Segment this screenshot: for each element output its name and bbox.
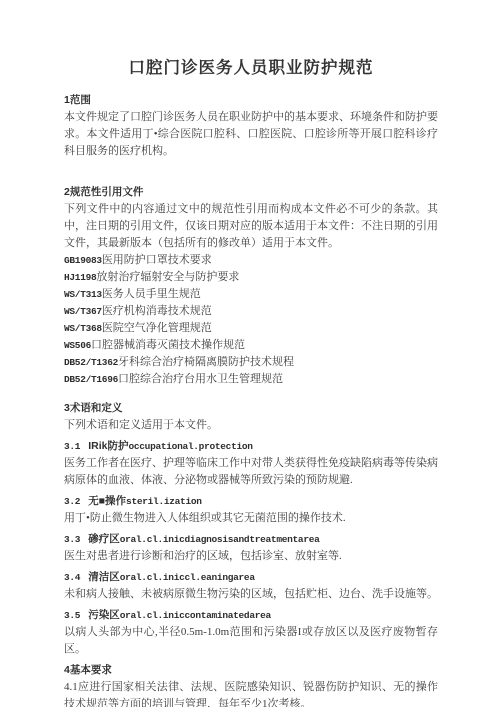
section-terms: 3术语和定义 下列术语和定义适用于本文件。 3.1IRik防护occupatio… [64, 400, 438, 658]
term-name-en: steril.ization [126, 496, 202, 507]
reference-item: GB19083医用防护口罩技术要求 [64, 252, 438, 269]
document-page: 口腔门诊医务人员职业防护规范 1范围 本文件规定了口腔门诊医务人员在职业防护中的… [0, 0, 500, 707]
term-name-zh: 污染区 [88, 609, 120, 621]
terms-intro: 下列术语和定义适用于本文件。 [64, 417, 438, 434]
term-heading: 3.2无■操作steril.ization [64, 493, 438, 510]
term-number: 3.5 [64, 610, 80, 621]
reference-code: DB52/T1362 [64, 357, 118, 368]
reference-code: WS/T367 [64, 306, 102, 317]
scope-paragraph: 本文件规定了口腔门诊医务人员在职业防护中的基本要求、环境条件和防护要求。本文件适… [64, 109, 438, 160]
term-definition: 未和病人接触、未被病原微生物污染的区域，包括贮柜、边台、洗手设施等。 [64, 586, 438, 603]
section-basic-requirements: 4基本要求 4.1应进行国家相关法律、法规、医院感染知识、锐器伤防护知识、无的操… [64, 662, 438, 707]
term-item: 3.4清洁区oral.cl.iniccl.eaningarea 未和病人接触、未… [64, 569, 438, 603]
reference-code: HJ1198 [64, 272, 96, 283]
reference-code: GB19083 [64, 255, 102, 266]
term-item: 3.3碜疗区oral.cl.inicdiagnosisandtreatmenta… [64, 531, 438, 565]
term-definition: 医生对患者进行诊断和治疗的区域，包括诊室、放射室等. [64, 548, 438, 565]
reference-item: WS/T313医务人员手里生规范 [64, 286, 438, 303]
reference-item: WS506口腔器械消毒灭菌技术操作规范 [64, 337, 438, 354]
reference-title: 医疗机构消毒技术规范 [102, 305, 212, 317]
reference-item: DB52/T1696口腔综合治疗台用水卫生管理规范 [64, 371, 438, 388]
term-name-en: oral.cl.iniccl.eaningarea [120, 572, 255, 583]
term-name-en: oral.cl.iniccontaminatedarea [120, 610, 271, 621]
term-number: 3.2 [64, 496, 80, 507]
reference-item: WS/T368医院空气净化管理规范 [64, 320, 438, 337]
term-name-zh: 清洁区 [88, 571, 120, 583]
reference-code: WS/T368 [64, 323, 102, 334]
scope-heading: 1范围 [64, 92, 438, 109]
term-definition: 用丁•防止微生物进入人体组织或其它无菌范围的操作技术. [64, 510, 438, 527]
term-name-zh: IRik防护 [88, 440, 128, 452]
term-name-en: occupational.protection [128, 441, 252, 452]
section-scope: 1范围 本文件规定了口腔门诊医务人员在职业防护中的基本要求、环境条件和防护要求。… [64, 92, 438, 160]
document-title: 口腔门诊医务人员职业防护规范 [64, 54, 438, 78]
term-name-en: oral.cl.inicdiagnosisandtreatmentarea [120, 534, 320, 545]
term-name-zh: 无■操作 [88, 495, 126, 507]
reference-code: WS/T313 [64, 289, 102, 300]
reference-code: DB52/T1696 [64, 374, 118, 385]
term-definition: 医务工作者在医疗、护理等临床工作中对带人类获得性免疫缺陷病毒等传染病病原体的血液… [64, 455, 438, 489]
term-definition: 以病人头部为中心,半径0.5m-1.0m范围和污染器I或存放区以及医疗废物暂存区… [64, 624, 438, 658]
reference-title: 牙科综合治疗椅隔离膜防护技术规程 [118, 356, 294, 368]
reference-item: WS/T367医疗机构消毒技术规范 [64, 303, 438, 320]
basic-heading: 4基本要求 [64, 662, 438, 679]
term-number: 3.3 [64, 534, 80, 545]
reference-title: 医务人员手里生规范 [102, 288, 201, 300]
term-number: 3.4 [64, 572, 80, 583]
basic-paragraph: 4.1应进行国家相关法律、法规、医院感染知识、锐器伤防护知识、无的操作技术规范等… [64, 679, 438, 707]
reference-title: 放射治疗辐射安全与防护要求 [96, 271, 239, 283]
section-references: 2规范性引用文件 下列文件中的内容通过文中的规范性引用而构成本文件必不可少的条款… [64, 184, 438, 388]
reference-item: HJ1198放射治疗辐射安全与防护要求 [64, 269, 438, 286]
term-heading: 3.4清洁区oral.cl.iniccl.eaningarea [64, 569, 438, 586]
term-heading: 3.1IRik防护occupational.protection [64, 438, 438, 455]
references-heading: 2规范性引用文件 [64, 184, 438, 201]
term-item: 3.1IRik防护occupational.protection 医务工作者在医… [64, 438, 438, 489]
reference-list: GB19083医用防护口罩技术要求 HJ1198放射治疗辐射安全与防护要求 WS… [64, 252, 438, 388]
term-heading: 3.5污染区oral.cl.iniccontaminatedarea [64, 607, 438, 624]
term-name-zh: 碜疗区 [88, 533, 120, 545]
term-number: 3.1 [64, 441, 80, 452]
term-item: 3.2无■操作steril.ization 用丁•防止微生物进入人体组织或其它无… [64, 493, 438, 527]
reference-title: 口腔器械消毒灭菌技术操作规范 [91, 339, 245, 351]
reference-code: WS506 [64, 340, 91, 351]
reference-item: DB52/T1362牙科综合治疗椅隔离膜防护技术规程 [64, 354, 438, 371]
reference-title: 医院空气净化管理规范 [102, 322, 212, 334]
terms-heading: 3术语和定义 [64, 400, 438, 417]
references-intro: 下列文件中的内容通过文中的规范性引用而构成本文件必不可少的条款。其中，注日期的引… [64, 201, 438, 252]
term-item: 3.5污染区oral.cl.iniccontaminatedarea 以病人头部… [64, 607, 438, 658]
term-heading: 3.3碜疗区oral.cl.inicdiagnosisandtreatmenta… [64, 531, 438, 548]
reference-title: 医用防护口罩技术要求 [102, 254, 212, 266]
reference-title: 口腔综合治疗台用水卫生管理规范 [118, 373, 283, 385]
